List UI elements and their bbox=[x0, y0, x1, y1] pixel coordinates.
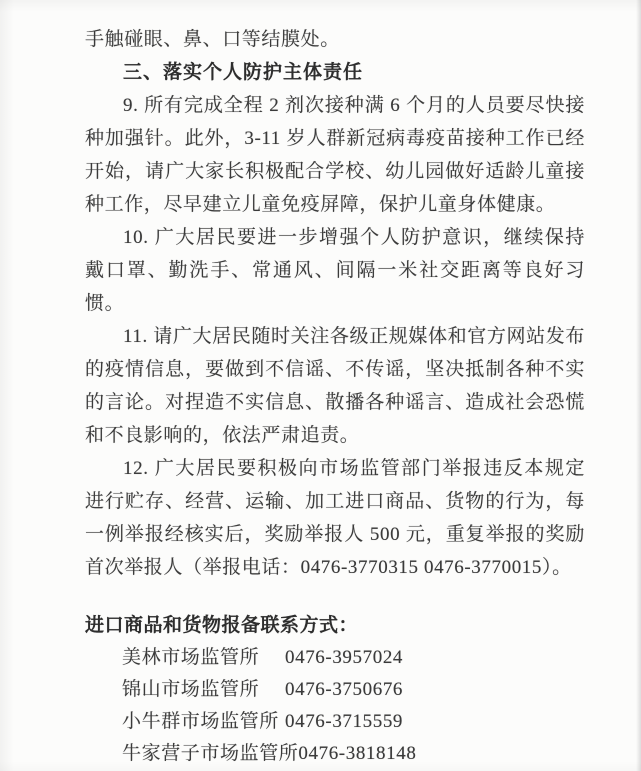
phone-number: 0476-3750676 bbox=[285, 674, 403, 706]
office-name: 牛家营子市场监管所 bbox=[122, 738, 298, 770]
office-name: 小牛群市场监管所 bbox=[122, 706, 285, 738]
paragraph-continuation: 手触碰眼、鼻、口等结膜处。 bbox=[85, 23, 585, 56]
paragraph-item-11: 11. 请广大居民随时关注各级正规媒体和官方网站发布的疫情信息，要做到不信谣、不… bbox=[85, 320, 585, 452]
contact-row-jinshan: 锦山市场监管所0476-3750676 bbox=[85, 674, 585, 706]
phone-number: 0476-3957024 bbox=[285, 642, 403, 674]
paragraph-item-12: 12. 广大居民要积极向市场监管部门举报违反本规定进行贮存、经营、运输、加工进口… bbox=[85, 452, 585, 584]
paragraph-item-9: 9. 所有完成全程 2 剂次接种满 6 个月的人员要尽快接种加强针。此外，3-1… bbox=[85, 89, 585, 221]
phone-number: 0476-3715559 bbox=[285, 706, 403, 738]
contact-row-niujiayingzi: 牛家营子市场监管所0476-3818148 bbox=[85, 738, 585, 770]
scanned-document-page: 手触碰眼、鼻、口等结膜处。 三、落实个人防护主体责任 9. 所有完成全程 2 剂… bbox=[0, 0, 641, 771]
document-body: 手触碰眼、鼻、口等结膜处。 三、落实个人防护主体责任 9. 所有完成全程 2 剂… bbox=[85, 23, 585, 770]
contact-section: 进口商品和货物报备联系方式： 美林市场监管所0476-3957024 锦山市场监… bbox=[85, 610, 585, 770]
office-name: 美林市场监管所 bbox=[122, 642, 285, 674]
contact-section-title: 进口商品和货物报备联系方式： bbox=[85, 610, 585, 642]
section-heading-personal-protection: 三、落实个人防护主体责任 bbox=[85, 56, 585, 89]
contact-row-xiaoniuqun: 小牛群市场监管所0476-3715559 bbox=[85, 706, 585, 738]
phone-number: 0476-3818148 bbox=[298, 738, 416, 770]
contact-row-meilin: 美林市场监管所0476-3957024 bbox=[85, 642, 585, 674]
paragraph-item-10: 10. 广大居民要进一步增强个人防护意识，继续保持戴口罩、勤洗手、常通风、间隔一… bbox=[85, 221, 585, 320]
office-name: 锦山市场监管所 bbox=[122, 674, 285, 706]
